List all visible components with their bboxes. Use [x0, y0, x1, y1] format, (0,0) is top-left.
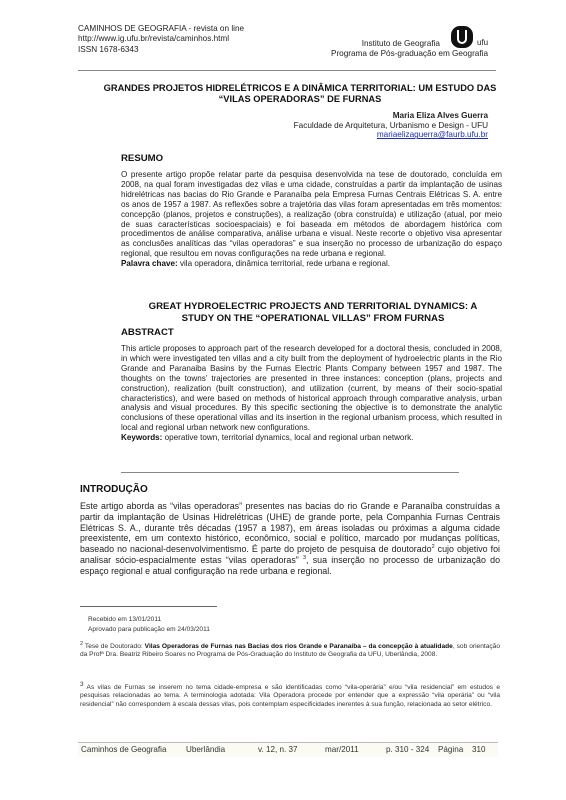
author-name: Maria Eliza Alves Guerra — [294, 111, 488, 121]
footer-city: Uberlândia — [186, 745, 225, 754]
footer-page-label: Página — [438, 745, 463, 754]
author-block: Maria Eliza Alves Guerra Faculdade de Ar… — [294, 111, 488, 140]
received-date: Recebido em 13/01/2011 — [88, 616, 161, 624]
footer-pages: p. 310 - 324 — [386, 745, 429, 754]
section-divider — [121, 472, 459, 473]
footer-volume: v. 12, n. 37 — [258, 745, 297, 754]
english-title: GREAT HYDROELECTRIC PROJECTS AND TERRITO… — [115, 301, 511, 325]
resumo-text: O presente artigo propõe relatar parte d… — [121, 170, 502, 259]
program-name: Programa de Pós-graduação em Geografia — [331, 49, 488, 59]
institute-name: Instituto de Geografia — [331, 39, 440, 49]
resumo-keywords: Palavra chave: vila operadora, dinâmica … — [121, 259, 502, 269]
abstract-section: ABSTRACT This article proposes to approa… — [121, 327, 502, 443]
author-affiliation: Faculdade de Arquitetura, Urbanismo e De… — [294, 121, 488, 131]
abstract-keywords: Keywords: operative town, territorial dy… — [121, 433, 502, 443]
journal-issn: ISSN 1678-6343 — [78, 45, 244, 55]
resumo-heading: RESUMO — [121, 153, 502, 164]
journal-header: CAMINHOS DE GEOGRAFIA - revista on line … — [78, 24, 244, 55]
logo-text: ufu — [477, 38, 488, 47]
page-footer: Caminhos de Geografia Uberlândia v. 12, … — [78, 742, 498, 757]
footnote-3: 3 As vilas de Furnas se inserem no tema … — [80, 684, 500, 709]
journal-url[interactable]: http://www.ig.ufu.br/revista/caminhos.ht… — [78, 34, 244, 44]
footer-date: mar/2011 — [325, 745, 359, 754]
abstract-text: This article proposes to approach part o… — [121, 344, 502, 433]
intro-section: INTRODUÇÃO Este artigo aborda as “vilas … — [80, 484, 500, 577]
intro-heading: INTRODUÇÃO — [80, 484, 500, 495]
abstract-heading: ABSTRACT — [121, 327, 502, 338]
footer-page-number: 310 — [472, 745, 486, 754]
footnote-divider — [80, 606, 217, 607]
article-title: GRANDES PROJETOS HIDRELÉTRICOS E A DINÂM… — [80, 83, 520, 106]
ufu-logo-icon — [451, 26, 473, 48]
header-divider — [78, 70, 496, 71]
intro-text: Este artigo aborda as “vilas operadoras”… — [80, 501, 500, 577]
footer-journal: Caminhos de Geografia — [81, 745, 166, 754]
resumo-section: RESUMO O presente artigo propõe relatar … — [121, 153, 502, 269]
approved-date: Aprovado para publicação em 24/03/2011 — [88, 626, 210, 634]
footnote-2: 2 Tese de Doutorado: Vilas Operadoras de… — [80, 643, 500, 660]
journal-name: CAMINHOS DE GEOGRAFIA - revista on line — [78, 24, 244, 34]
author-email-link[interactable]: mariaelizaguerra@faurb.ufu.br — [294, 130, 488, 140]
